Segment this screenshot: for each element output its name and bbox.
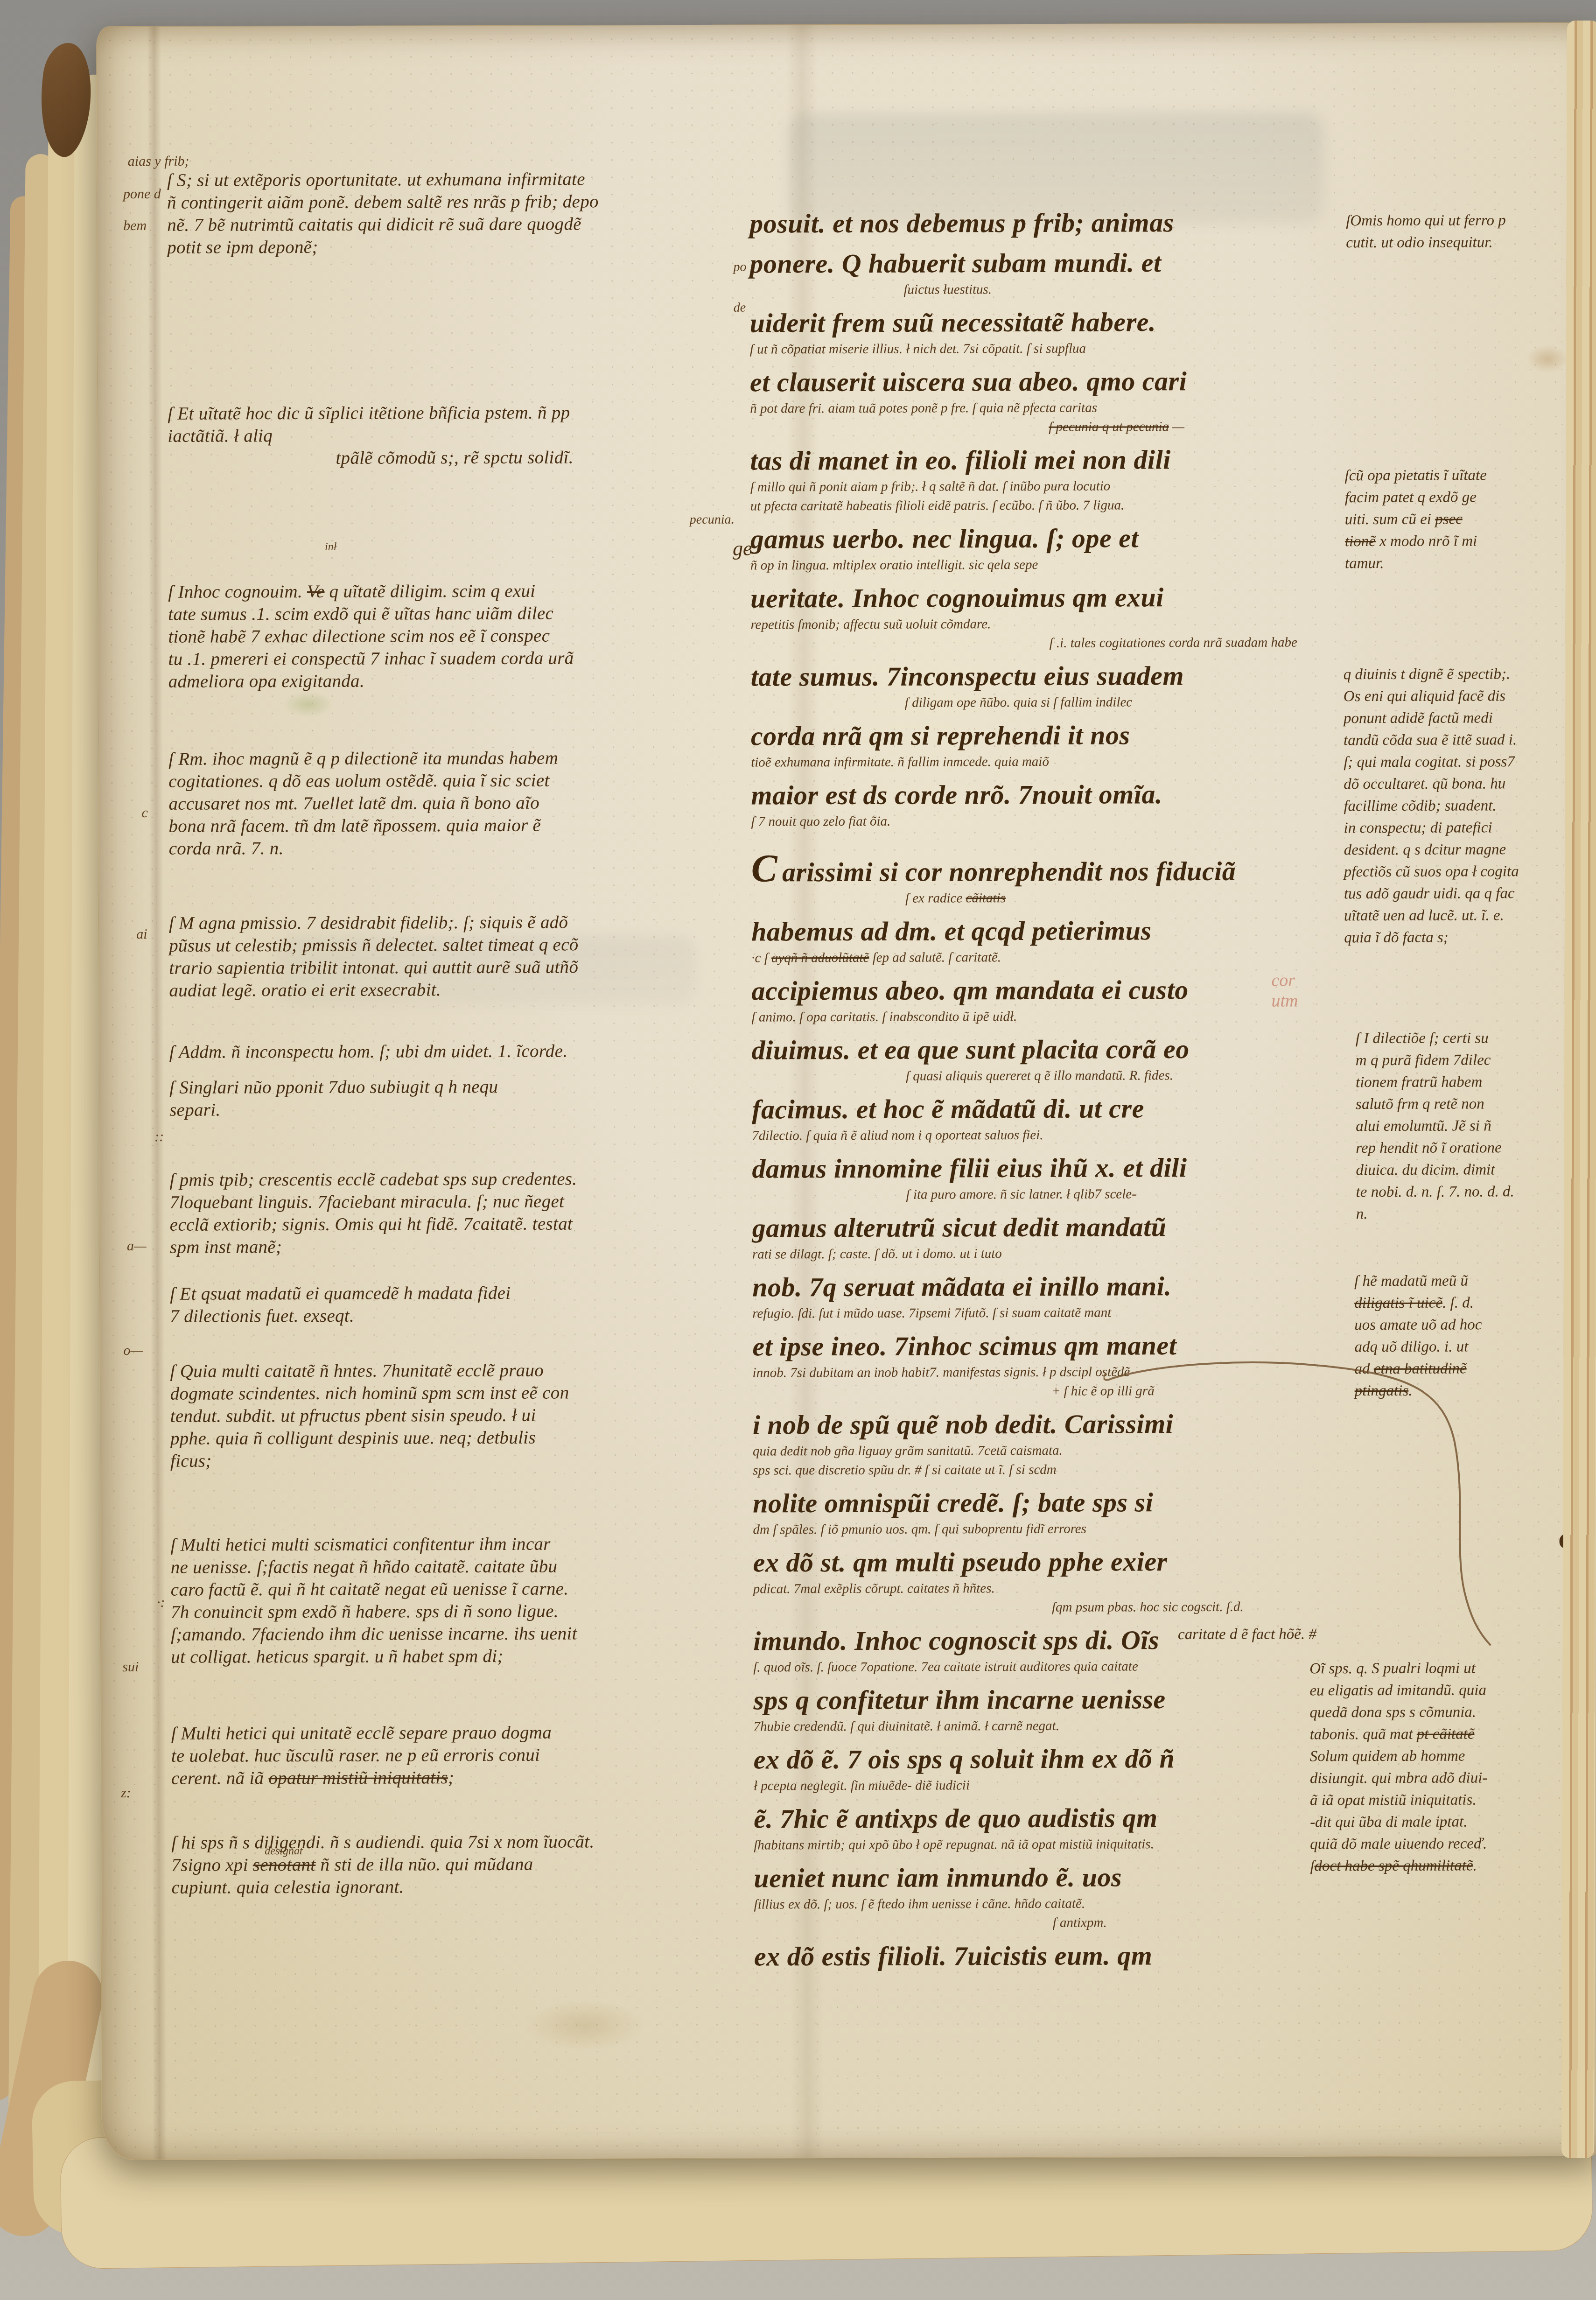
margin-gloss-line: uos amate uõ ad hoc [1354, 1314, 1596, 1337]
margin-gloss-line: desident. q s dcitur magne [1344, 839, 1596, 862]
margin-gloss-line: ſ I dilectiõe ſ; certi su [1356, 1027, 1596, 1050]
margin-gloss-line: facim patet q exdõ ge [1345, 486, 1596, 509]
margin-gloss-block: ſcũ opa pietatis ĩ uĩtatefacim patet q e… [1344, 464, 1596, 575]
margin-gloss-block: q diuinis t dignẽ ẽ spectib;.Os eni qui … [1344, 663, 1596, 949]
margin-gloss-line: tandũ cõda sua ẽ ittẽ suad i. [1344, 729, 1596, 752]
margin-gloss-line: disiungit. qui mbra adõ diui- [1310, 1767, 1581, 1790]
red-annotation: corutm [1271, 970, 1298, 1011]
margin-gloss-line: eu eligatis ad imitandũ. quia [1309, 1679, 1580, 1702]
margin-gloss-line: q diuinis t dignẽ ẽ spectib;. [1344, 663, 1596, 686]
margin-gloss-line: diuica. du dicim. dimit [1356, 1159, 1596, 1182]
margin-gloss-line: quia ĩ dõ facta s; [1344, 926, 1596, 949]
margin-gloss-line: quedã dona sps s cõmunia. [1309, 1701, 1580, 1724]
margin-gloss-line: facillime cõdib; suadent. [1344, 795, 1596, 818]
margin-gloss-line: ponunt adidẽ factũ medi [1344, 707, 1596, 730]
margin-gloss-line: tionem fratrũ habem [1356, 1071, 1596, 1094]
pen-flourish [1103, 1348, 1596, 1653]
manuscript-page: aias y frib;pone dbemcai::a—o—·:suiz: ſ … [96, 22, 1596, 2160]
margin-gloss-line: dõ occultaret. qũ bona. hu [1344, 773, 1596, 796]
photo-background: aias y frib;pone dbemcai::a—o—·:suiz: ſ … [0, 0, 1596, 2300]
margin-gloss-line: in conspectu; di patefici [1344, 817, 1596, 840]
margin-gloss-block: ſ I dilectiõe ſ; certi sum q purã fidem … [1356, 1027, 1596, 1226]
margin-gloss-line: salutõ frm q retẽ non [1356, 1093, 1596, 1116]
red-annotation-line: utm [1271, 990, 1298, 1011]
margin-gloss-line: Solum quidem ab homme [1310, 1745, 1581, 1768]
margin-gloss-line: uĩtatẽ uen ad lucẽ. ut. ĩ. e. [1344, 905, 1596, 927]
margin-gloss-line: alui emolumtũ. Jẽ si ñ [1356, 1115, 1596, 1138]
margin-gloss-line: -dit qui ũba di male iptat. [1310, 1811, 1581, 1834]
margin-gloss-line: tionẽ x modo nrõ ĩ mi [1345, 530, 1596, 553]
margin-gloss-line: pfectiõs cũ suos opa ł cogita [1344, 861, 1596, 884]
margin-gloss-line: ſOmis homo qui ut ferro p [1346, 210, 1596, 232]
margin-gloss-line: n. [1356, 1203, 1596, 1226]
margin-gloss-line: ſcũ opa pietatis ĩ uĩtate [1344, 464, 1596, 487]
margin-gloss-line: tus adõ gaudr uidi. qa q fac [1344, 883, 1596, 905]
margin-gloss-block: Oĩ sps. q. S pualri loqmi uteu eligatis … [1309, 1657, 1581, 1878]
margin-gloss-line: ſ; qui mala cogitat. si poss7 [1344, 751, 1596, 774]
margin-gloss-column: ſOmis homo qui ut ferro pcutit. ut odio … [97, 23, 1596, 2160]
margin-gloss-line: quiã dõ male uiuendo receď. [1310, 1833, 1581, 1856]
margin-gloss-line: ſdoct habe spẽ qhumilitatẽ. [1310, 1855, 1581, 1878]
margin-gloss-line: m q purã fidem 7dilec [1356, 1049, 1596, 1072]
margin-gloss-line: te nobi. d. n. ſ. 7. no. d. d. [1356, 1181, 1596, 1204]
margin-gloss-line: tabonis. quã mat pt cãitatẽ [1310, 1723, 1581, 1746]
margin-gloss-line: rep hendit nõ ĩ oratione [1356, 1137, 1596, 1160]
fore-edge [1561, 21, 1596, 2158]
red-annotation-line: cor [1271, 970, 1298, 990]
margin-gloss-line: tamur. [1345, 552, 1596, 575]
margin-gloss-line: Os eni qui aliquid facẽ dis [1344, 685, 1596, 708]
margin-gloss-block: ſOmis homo qui ut ferro pcutit. ut odio … [1346, 210, 1596, 254]
margin-gloss-line: uiti. sum cũ ei psec [1345, 508, 1596, 531]
margin-gloss-line: ſ hẽ madatũ meũ ũ [1354, 1270, 1596, 1293]
margin-gloss-line: diligatis ĩ uicẽ. ſ. d. [1354, 1292, 1596, 1315]
margin-gloss-line: ã iã opat mistiũ iniquitatis. [1310, 1789, 1581, 1812]
margin-gloss-line: cutit. ut odio insequitur. [1346, 231, 1596, 254]
margin-gloss-line: Oĩ sps. q. S pualri loqmi ut [1309, 1657, 1580, 1680]
